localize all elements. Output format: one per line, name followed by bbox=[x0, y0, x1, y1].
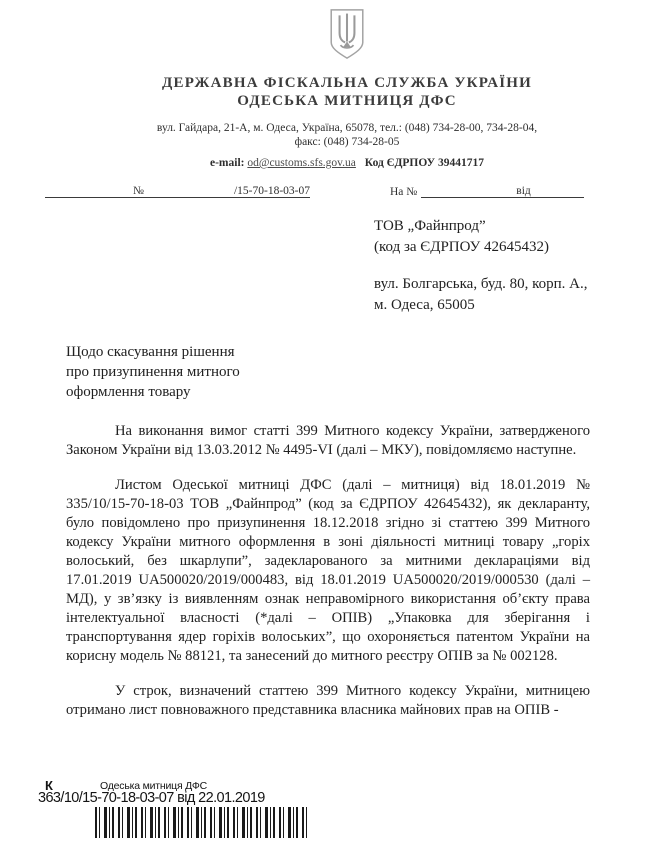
subject-line-2: про призупинення митного bbox=[66, 362, 326, 382]
reply-number-field: На № від bbox=[390, 185, 584, 198]
barcode bbox=[95, 807, 307, 838]
letter-body: На виконання вимог статті 399 Митного ко… bbox=[66, 422, 590, 720]
address-line-1: вул. Гайдара, 21-А, м. Одеса, Україна, 6… bbox=[44, 121, 650, 135]
paragraph-1: На виконання вимог статті 399 Митного ко… bbox=[66, 422, 590, 460]
email-label: e-mail: bbox=[210, 157, 244, 169]
subject-line-1: Щодо скасування рішення bbox=[66, 342, 326, 362]
recipient-address-line-1: вул. Болгарська, буд. 80, корп. А., bbox=[374, 274, 650, 295]
address-line-2: факс: (048) 734-28-05 bbox=[44, 135, 650, 149]
organization-address: вул. Гайдара, 21-А, м. Одеса, Україна, 6… bbox=[44, 121, 650, 149]
organization-name: ДЕРЖАВНА ФІСКАЛЬНА СЛУЖБА УКРАЇНИ bbox=[44, 74, 650, 92]
email-link[interactable]: od@customs.sfs.gov.ua bbox=[247, 157, 356, 169]
subject-line-3: оформлення товару bbox=[66, 382, 326, 402]
paragraph-2: Листом Одеської митниці ДФС (далі – митн… bbox=[66, 476, 590, 666]
ukraine-trident-emblem-icon bbox=[44, 8, 650, 60]
outgoing-number-suffix: /15-70-18-03-07 bbox=[234, 185, 310, 197]
recipient-block: ТОВ „Файнпрод” (код за ЄДРПОУ 42645432) … bbox=[374, 216, 650, 316]
number-sign-label: № bbox=[133, 185, 144, 197]
recipient-code: (код за ЄДРПОУ 42645432) bbox=[374, 237, 650, 258]
reference-line: № /15-70-18-03-07 На № від bbox=[45, 181, 605, 198]
outgoing-number-field: № /15-70-18-03-07 bbox=[45, 185, 310, 198]
subject-block: Щодо скасування рішення про призупинення… bbox=[66, 342, 326, 402]
recipient-address-line-2: м. Одеса, 65005 bbox=[374, 295, 650, 316]
paragraph-3: У строк, визначений статтею 399 Митного … bbox=[66, 682, 590, 720]
email-line: e-mail: od@customs.sfs.gov.ua Код ЄДРПОУ… bbox=[44, 157, 650, 169]
organization-subname: ОДЕСЬКА МИТНИЦЯ ДФС bbox=[44, 92, 650, 110]
scanned-letter-page: ДЕРЖАВНА ФІСКАЛЬНА СЛУЖБА УКРАЇНИ ОДЕСЬК… bbox=[0, 0, 650, 852]
edrpou-code: Код ЄДРПОУ 39441717 bbox=[365, 157, 484, 169]
stamp-registration-number: 363/10/15-70-18-03-07 від 22.01.2019 bbox=[38, 790, 265, 806]
reply-date-label: від bbox=[516, 185, 530, 197]
reply-number-label: На № bbox=[390, 186, 417, 198]
letterhead: ДЕРЖАВНА ФІСКАЛЬНА СЛУЖБА УКРАЇНИ ОДЕСЬК… bbox=[0, 0, 650, 169]
recipient-name: ТОВ „Файнпрод” bbox=[374, 216, 650, 237]
